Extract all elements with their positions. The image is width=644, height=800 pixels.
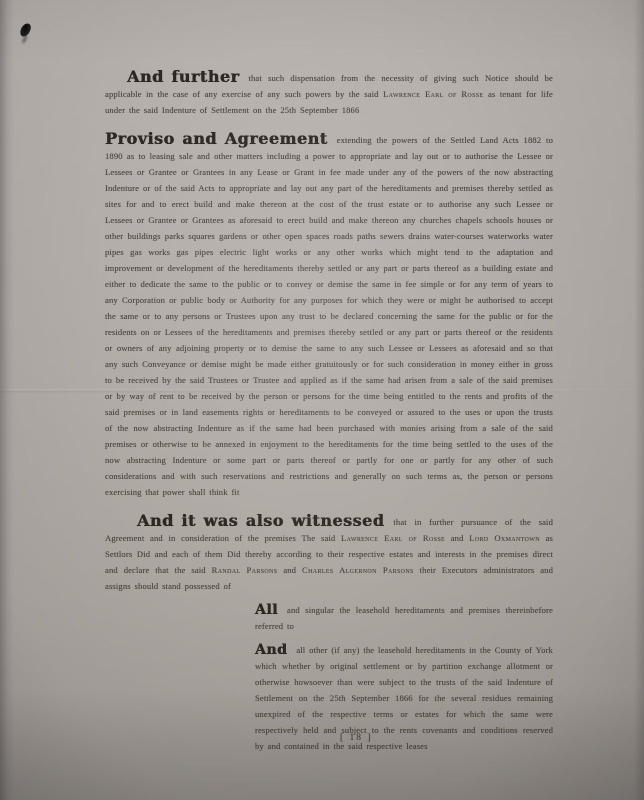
body-text: and singular the leasehold hereditaments… bbox=[255, 605, 553, 631]
smallcaps-name: Charles Algernon Parsons bbox=[302, 565, 414, 575]
paragraph-proviso-and-agreement: Proviso and Agreementextending the power… bbox=[105, 132, 553, 500]
document-body: And furtherthat such dispensation from t… bbox=[105, 70, 553, 754]
smallcaps-name: Lawrence Earl of Rosse bbox=[341, 533, 445, 543]
smallcaps-name: Lawrence Earl of Rosse bbox=[383, 89, 483, 99]
page-number: [ 18 ] bbox=[340, 733, 373, 743]
body-text: extending the powers of the Settled Land… bbox=[105, 135, 553, 497]
page-edge-shadow-left bbox=[0, 0, 14, 800]
body-text: and bbox=[277, 565, 302, 575]
smallcaps-name: Lord Oxmantown bbox=[469, 533, 540, 543]
page-sheet: And furtherthat such dispensation from t… bbox=[0, 0, 644, 800]
paragraph-all-singular: Alland singular the leasehold hereditame… bbox=[255, 602, 553, 634]
paragraph-and-further: And furtherthat such dispensation from t… bbox=[105, 70, 553, 118]
page-edge-shadow-right bbox=[634, 0, 644, 800]
body-text: all other (if any) the leasehold heredit… bbox=[255, 645, 553, 751]
paragraph-and-it-was-also-witnessed: And it was also witnessedthat in further… bbox=[105, 514, 553, 594]
paragraph-and-all-other: Andall other (if any) the leasehold here… bbox=[255, 642, 553, 754]
body-text: and bbox=[445, 533, 469, 543]
smallcaps-name: Randal Parsons bbox=[212, 565, 278, 575]
ink-mark bbox=[19, 22, 33, 38]
